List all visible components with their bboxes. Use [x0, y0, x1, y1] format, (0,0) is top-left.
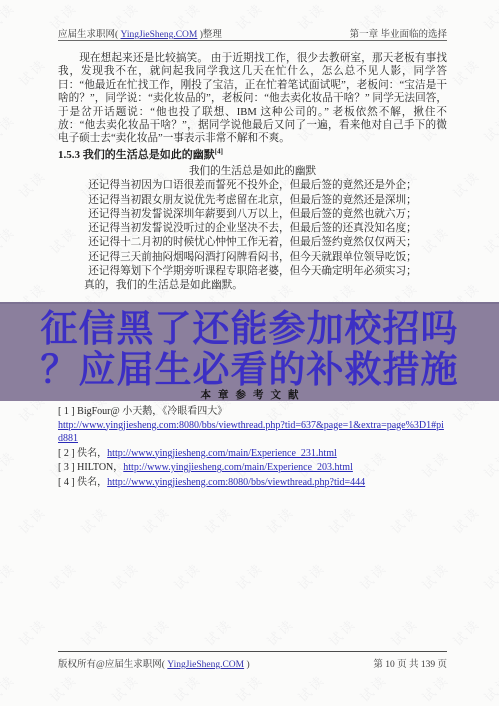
- footer-site-link[interactable]: YingJieSheng.COM: [167, 660, 244, 670]
- reference-link[interactable]: http://www.yingjiesheng.com:8080/bbs/vie…: [58, 419, 447, 446]
- references-heading: 本章参考文献: [0, 387, 499, 402]
- promo-title-line1: 征信黑了还能参加校招吗: [41, 308, 459, 349]
- poem-last-line: 真的，我们的生活总是如此幽默。: [58, 279, 447, 293]
- section-number: 1.5.3: [58, 149, 80, 161]
- footer-copyright-suffix: ): [244, 660, 250, 670]
- footnote-marker: [4]: [215, 147, 223, 155]
- poem-line: 还记得筹划下个学期旁听课程专职陪老婆，但今天确定明年必须实习；: [58, 265, 447, 279]
- poem-line: 还记得当初跟女朋友说优先考虑留在北京，但最后签的竟然还是深圳；: [58, 194, 447, 208]
- header-left: 应届生求职网( YingJieSheng.COM )整理: [58, 26, 222, 40]
- reference-label: [ 2 ] 佚名，: [58, 448, 107, 459]
- promo-title-line2: ？应届生必看的补救措施: [41, 349, 459, 390]
- reference-item: [ 1 ] BigFour@ 小天鹅，《冷眼看四大》http://www.yin…: [58, 405, 447, 446]
- reference-link[interactable]: http://www.yingjiesheng.com:8080/bbs/vie…: [107, 477, 365, 488]
- footer-copyright-prefix: 版权所有@应届生求职网(: [58, 660, 167, 670]
- reference-label: [ 3 ] HILTON，: [58, 462, 123, 473]
- header-site-prefix: 应届生求职网(: [58, 30, 121, 40]
- reference-item: [ 4 ] 佚名，http://www.yingjiesheng.com:808…: [58, 476, 447, 490]
- footer-copyright: 版权所有@应届生求职网( YingJieSheng.COM ): [58, 656, 250, 670]
- page-header: 应届生求职网( YingJieSheng.COM )整理 第一章 毕业面临的选择: [58, 26, 447, 40]
- poem-lines: 还记得当初因为口语很差而誓死不投外企，但最后签的竟然还是外企；还记得当初跟女朋友…: [58, 179, 447, 279]
- page-footer: 版权所有@应届生求职网( YingJieSheng.COM ) 第 10 页 共…: [58, 656, 447, 670]
- body-paragraph: 现在想起来还是比较搞笑。 由于近期找工作，很少去教研室，那天老板有事找我，发现我…: [58, 52, 447, 146]
- footer-page-number: 第 10 页 共 139 页: [373, 656, 447, 670]
- section-heading: 1.5.3 我们的生活总是如此的幽默[4]: [58, 146, 447, 162]
- poem-line: 还记得当初发誓说深圳年薪要到八万以上，但最后签的竟然也就六万；: [58, 208, 447, 222]
- poem-line: 还记得当初因为口语很差而誓死不投外企，但最后签的竟然还是外企；: [58, 179, 447, 193]
- reference-label: [ 4 ] 佚名，: [58, 477, 107, 488]
- reference-item: [ 2 ] 佚名，http://www.yingjiesheng.com/mai…: [58, 447, 447, 461]
- poem-title: 我们的生活总是如此的幽默: [58, 165, 447, 179]
- reference-link[interactable]: http://www.yingjiesheng.com/main/Experie…: [123, 462, 353, 473]
- poem-line: 还记得三天前抽闷烟喝闷酒打闷牌看闷书，但今天就跟单位领导吃饭；: [58, 251, 447, 265]
- reference-item: [ 3 ] HILTON，http://www.yingjiesheng.com…: [58, 461, 447, 475]
- poem-line: 还记得十二月初的时候忧心忡忡工作无着，但最后签约竟然仅仅两天；: [58, 236, 447, 250]
- poem-block: 我们的生活总是如此的幽默 还记得当初因为口语很差而誓死不投外企，但最后签的竟然还…: [58, 165, 447, 294]
- reference-link[interactable]: http://www.yingjiesheng.com/main/Experie…: [107, 448, 337, 459]
- header-site-link[interactable]: YingJieSheng.COM: [121, 30, 198, 40]
- header-chapter-title: 第一章 毕业面临的选择: [350, 26, 447, 40]
- section-title: 我们的生活总是如此的幽默: [83, 149, 215, 161]
- header-site-suffix: )整理: [197, 30, 222, 40]
- poem-line: 还记得当初发誓说没听过的企业坚决不去，但最后签的还真没知名度；: [58, 222, 447, 236]
- references-list: [ 1 ] BigFour@ 小天鹅，《冷眼看四大》http://www.yin…: [58, 405, 447, 490]
- header-rule: [58, 40, 447, 41]
- footer-rule: [58, 651, 447, 652]
- reference-label: [ 1 ] BigFour@ 小天鹅，《冷眼看四大》: [58, 406, 227, 417]
